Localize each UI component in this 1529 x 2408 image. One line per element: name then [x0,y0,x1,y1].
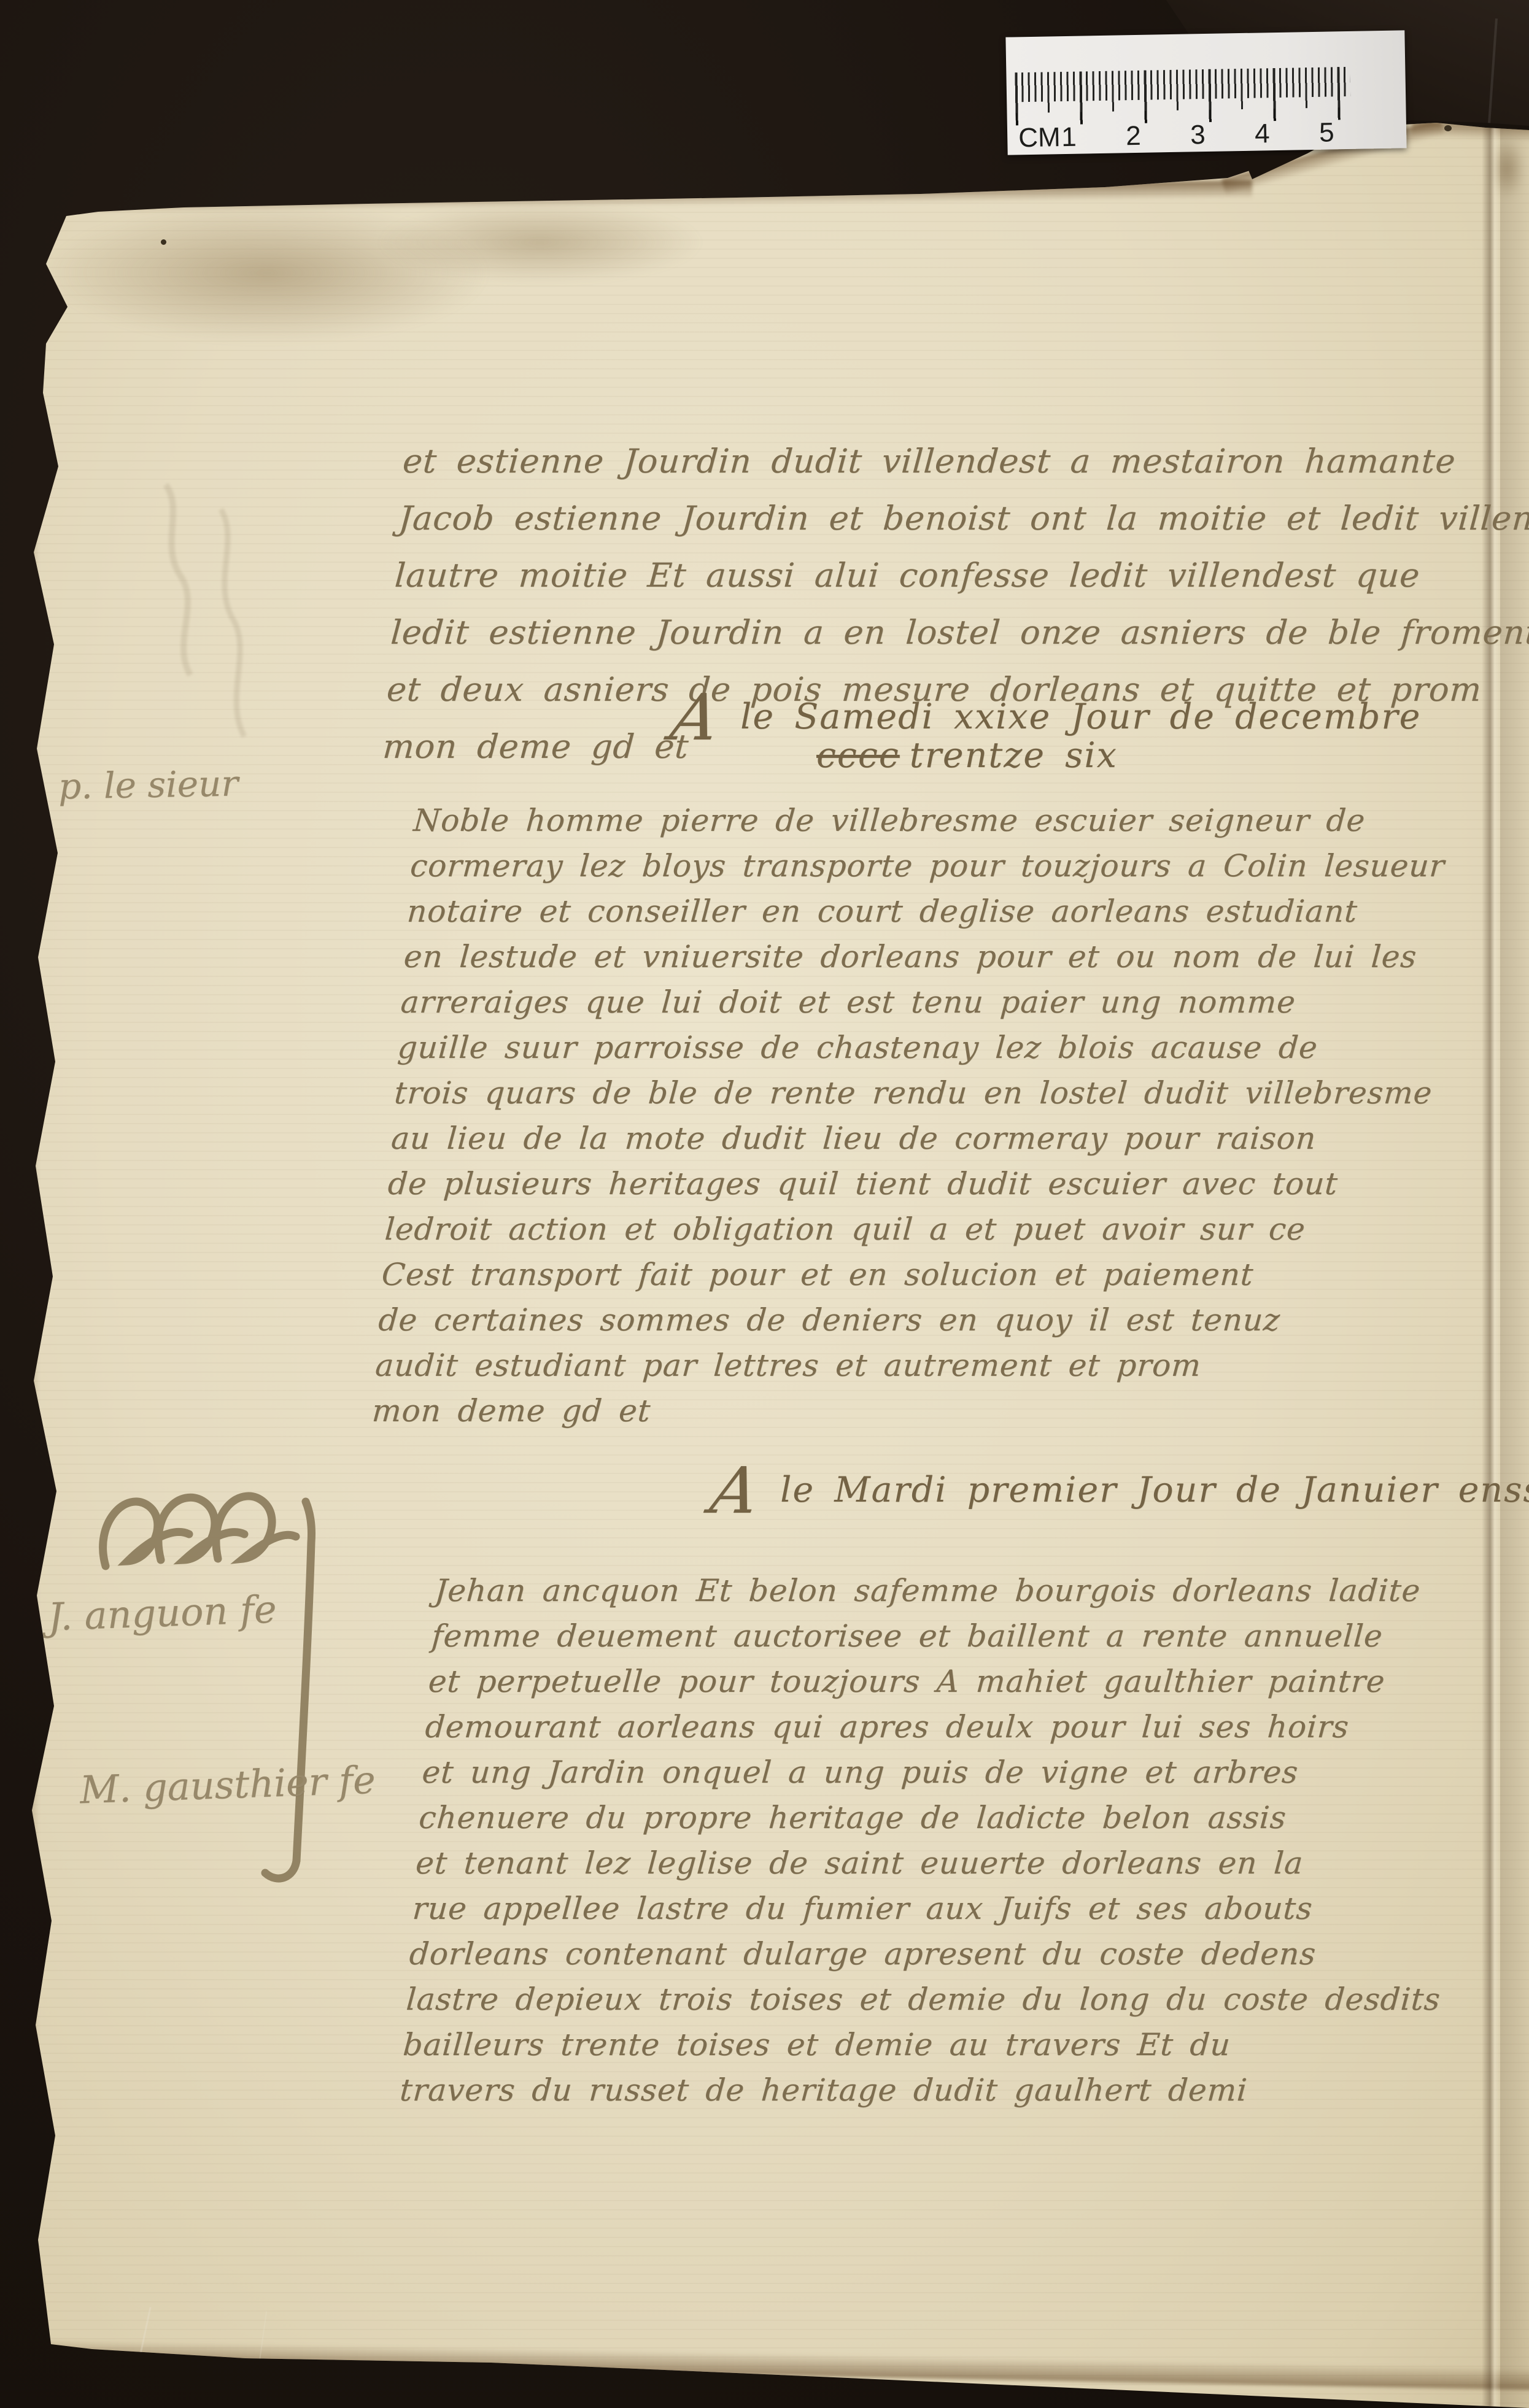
margin-note-le-sieur: p. le sieur [58,762,238,807]
text-line: et perpetuelle pour touzjours A mahiet g… [427,1659,1529,1704]
struck-numeral: cccc [816,735,900,776]
text-line: et ung Jardin onquel a ung puis de vigne… [420,1750,1529,1795]
margin-note-anquon: J. anguon fe [47,1587,277,1640]
text-line: de plusieurs heritages quil tient dudit … [387,1161,1513,1206]
entry-heading-december-line2: cccctrentze six [816,735,1118,776]
heading-date-text: le Mardi premier Jour de Januier enssuia… [780,1470,1529,1510]
text-line: audit estudiant par lettres et autrement… [374,1343,1500,1388]
text-line: cormeray lez bloys transporte pour touzj… [409,843,1529,889]
manuscript-page: et estienne Jourdin dudit villendest a m… [18,117,1529,2408]
ruler-number: 3 [1190,120,1206,150]
text-line: notaire et conseiller en court deglise a… [406,889,1529,934]
text-line: guille suur parroisse de chastenay lez b… [396,1025,1522,1070]
text-line: travers du russet de heritage dudit gaul… [398,2067,1512,2113]
flap-fold-line [1488,18,1498,124]
text-line: au lieu de la mote dudit lieu de cormera… [390,1116,1516,1161]
photo-scale-ruler: CM 1 2 3 4 5 [1005,30,1406,155]
text-line: et estienne Jourdin dudit villendest a m… [401,433,1516,490]
text-line: ledroit action et obligation quil a et p… [383,1206,1509,1252]
text-line: Cest transport fait pour et en solucion … [380,1252,1506,1297]
text-line: chenuere du propre heritage de ladicte b… [417,1795,1529,1840]
text-line: mon deme gd et [371,1388,1497,1434]
ruler-number: 5 [1319,117,1334,148]
ruler-number: 4 [1255,118,1270,149]
ink-speck [161,239,166,245]
paragraph-mark-icon: A [705,1453,765,1528]
text-line: rue appellee lastre du fumier aux Juifs … [411,1886,1525,1931]
paragraph-mark-icon: A [665,680,725,755]
heading-date-text: le Samedi xxixe Jour de decembre [740,697,1421,737]
text-line: Noble homme pierre de villebresme escuie… [412,798,1529,843]
ink-showthrough [147,473,282,792]
text-line: lautre moitie Et aussi alui confesse led… [393,547,1508,604]
pen-flourish-initial [92,1468,356,1897]
text-line: et tenant lez leglise de saint euuerte d… [414,1840,1528,1886]
text-line: en lestude et vniuersite dorleans pour e… [403,934,1529,979]
entry-paragraph-3: Jehan ancquon Et belon safemme bourgois … [398,1568,1529,2113]
ink-speck [1444,125,1452,131]
ruler-unit-label: CM [1018,122,1061,153]
water-stain [381,203,700,282]
text-line: Jehan ancquon Et belon safemme bourgois … [433,1568,1529,1613]
entry-heading-january: Ale Mardi premier Jour de Januier enssui… [712,1453,1529,1528]
text-line: dorleans contenant dularge apresent du c… [408,1931,1522,1977]
photo-backdrop: et estienne Jourdin dudit villendest a m… [0,0,1529,2408]
text-line: de certaines sommes de deniers en quoy i… [377,1297,1503,1343]
text-line: ledit estienne Jourdin a en lostel onze … [389,604,1504,661]
heading-year-text: trentze six [910,735,1118,776]
text-line: Jacob estienne Jourdin et benoist ont la… [397,490,1512,547]
ruler-number: 1 [1061,122,1077,153]
text-line: lastre depieux trois toises et demie du … [405,1977,1519,2022]
text-line: demourant aorleans qui apres deulx pour … [424,1704,1529,1750]
text-line: femme deuement auctorisee et baillent a … [430,1613,1529,1659]
ruler-number: 2 [1126,121,1141,152]
left-edge-burn [18,203,39,2350]
entry-paragraph-2: Noble homme pierre de villebresme escuie… [371,798,1529,1434]
text-line: trois quars de ble de rente rendu en los… [393,1070,1519,1116]
text-line: bailleurs trente toises et demie au trav… [401,2022,1515,2067]
ruler-ticks [1015,67,1359,126]
page-content: et estienne Jourdin dudit villendest a m… [0,0,1529,2408]
text-line: arreraiges que lui doit et est tenu paie… [399,979,1525,1025]
